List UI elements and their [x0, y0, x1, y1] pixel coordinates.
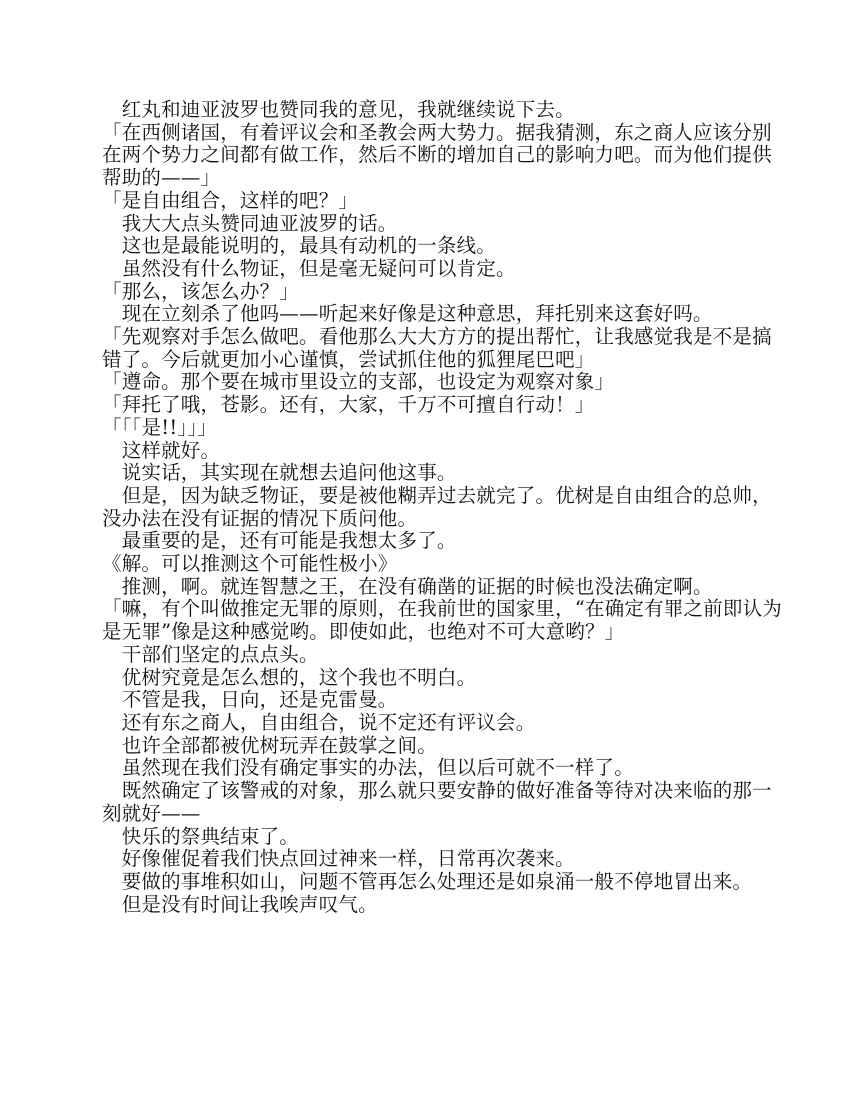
paragraph: 虽然现在我们没有确定事实的办法，但以后可就不一样了。 — [102, 757, 782, 780]
paragraph: 「「「是!!」」」 — [102, 417, 782, 440]
paragraph: 「先观察对手怎么做吧。看他那么大大方方的提出帮忙，让我感觉我是不是搞错了。今后就… — [102, 326, 782, 371]
paragraph: 但是，因为缺乏物证，要是被他糊弄过去就完了。优树是自由组合的总帅，没办法在没有证… — [102, 485, 782, 530]
paragraph: 要做的事堆积如山，问题不管再怎么处理还是如泉涌一般不停地冒出来。 — [102, 871, 782, 894]
paragraph: 「嘛，有个叫做推定无罪的原则，在我前世的国家里，“在确定有罪之前即认为是无罪”像… — [102, 598, 782, 643]
paragraph: 虽然没有什么物证，但是毫无疑问可以肯定。 — [102, 258, 782, 281]
paragraph: 优树究竟是怎么想的，这个我也不明白。 — [102, 667, 782, 690]
paragraph: 既然确定了该警戒的对象，那么就只要安静的做好准备等待对决来临的那一刻就好—— — [102, 780, 782, 825]
paragraph: 不管是我，日向，还是克雷曼。 — [102, 689, 782, 712]
paragraph: 红丸和迪亚波罗也赞同我的意见，我就继续说下去。 — [102, 99, 782, 122]
paragraph: 现在立刻杀了他吗——听起来好像是这种意思，拜托别来这套好吗。 — [102, 303, 782, 326]
paragraph: 这也是最能说明的，最具有动机的一条线。 — [102, 235, 782, 258]
paragraph: 还有东之商人，自由组合，说不定还有评议会。 — [102, 712, 782, 735]
paragraph: 「那么，该怎么办？」 — [102, 281, 782, 304]
paragraph: 干部们坚定的点点头。 — [102, 644, 782, 667]
paragraph: 「拜托了哦，苍影。还有，大家，千万不可擅自行动！」 — [102, 394, 782, 417]
paragraph: 最重要的是，还有可能是我想太多了。 — [102, 530, 782, 553]
paragraph: 「遵命。那个要在城市里设立的支部，也设定为观察对象」 — [102, 371, 782, 394]
paragraph: 《解。可以推测这个可能性极小》 — [102, 553, 782, 576]
paragraph: 好像催促着我们快点回过神来一样，日常再次袭来。 — [102, 848, 782, 871]
paragraph: 我大大点头赞同迪亚波罗的话。 — [102, 213, 782, 236]
document-page: 红丸和迪亚波罗也赞同我的意见，我就继续说下去。 「在西侧诸国，有着评议会和圣教会… — [102, 99, 782, 916]
paragraph: 推测，啊。就连智慧之王，在没有确凿的证据的时候也没法确定啊。 — [102, 576, 782, 599]
paragraph: 也许全部都被优树玩弄在鼓掌之间。 — [102, 735, 782, 758]
paragraph: 这样就好。 — [102, 440, 782, 463]
paragraph: 快乐的祭典结束了。 — [102, 826, 782, 849]
paragraph: 「是自由组合，这样的吧？」 — [102, 190, 782, 213]
paragraph: 但是没有时间让我唉声叹气。 — [102, 894, 782, 917]
paragraph: 「在西侧诸国，有着评议会和圣教会两大势力。据我猜测，东之商人应该分别在两个势力之… — [102, 122, 782, 190]
paragraph: 说实话，其实现在就想去追问他这事。 — [102, 462, 782, 485]
